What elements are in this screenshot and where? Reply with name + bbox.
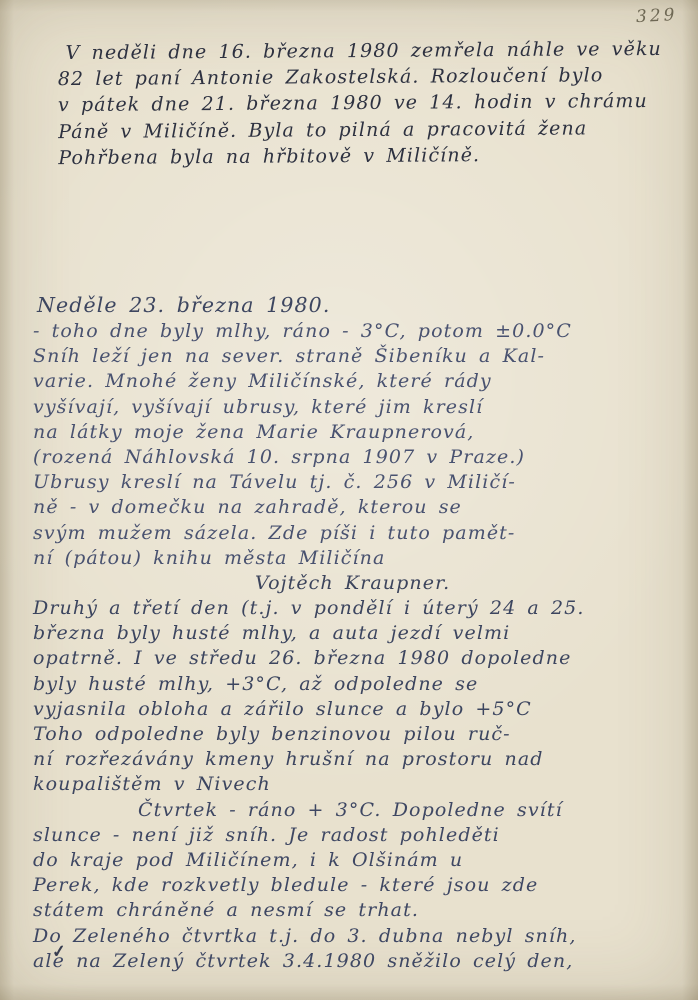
handwritten-line: vyjasnila obloha a zářilo slunce a bylo … xyxy=(33,697,584,722)
obituary-paragraph: V neděli dne 16. března 1980 zemřela náh… xyxy=(58,36,663,171)
handwritten-line: ní rozřezávány kmeny hrušní na prostoru … xyxy=(33,747,584,772)
page-number: 329 xyxy=(636,5,678,27)
diary-body: Neděle 23. března 1980. - toho dne byly … xyxy=(33,292,584,974)
handwritten-line: Do Zeleného čtvrtka t.j. do 3. dubna neb… xyxy=(33,924,584,949)
handwritten-line: (rozená Náhlovská 10. srpna 1907 v Praze… xyxy=(33,445,584,470)
handwritten-line: - toho dne byly mlhy, ráno - 3°C, potom … xyxy=(33,319,584,344)
handwritten-line: Toho odpoledne byly benzinovou pilou ruč… xyxy=(33,722,584,747)
handwritten-line: slunce - není již sníh. Je radost pohled… xyxy=(33,823,584,848)
handwritten-line: Páně v Miličíně. Byla to pilná a pracovi… xyxy=(58,114,662,144)
signature: Vojtěch Kraupner. xyxy=(33,571,584,596)
manuscript-page: 329 V neděli dne 16. března 1980 zemřela… xyxy=(0,0,698,1000)
handwritten-line: státem chráněné a nesmí se trhat. xyxy=(33,898,584,923)
weekday-paragraph: Druhý a třetí den (t.j. v pondělí i úter… xyxy=(33,596,584,798)
handwritten-line: koupalištěm v Nivech xyxy=(33,772,584,797)
date-heading: Neděle 23. března 1980. xyxy=(33,292,584,319)
handwritten-line: ní (pátou) knihu města Miličína xyxy=(33,546,584,571)
handwritten-line: ně - v domečku na zahradě, kterou se xyxy=(33,495,584,520)
handwritten-line: ale na Zelený čtvrtek 3.4.1980 sněžilo c… xyxy=(33,949,584,974)
handwritten-line: svým mužem sázela. Zde píši i tuto pamět… xyxy=(33,521,584,546)
handwritten-line: Druhý a třetí den (t.j. v pondělí i úter… xyxy=(33,596,584,621)
handwritten-line: v pátek dne 21. března 1980 ve 14. hodin… xyxy=(58,88,662,118)
handwritten-line: Sníh leží jen na sever. straně Šibeníku … xyxy=(33,344,584,369)
handwritten-line: Čtvrtek - ráno + 3°C. Dopoledne svítí xyxy=(33,798,584,823)
handwritten-line: Perek, kde rozkvetly bledule - které jso… xyxy=(33,873,584,898)
handwritten-line: na látky moje žena Marie Kraupnerová, xyxy=(33,420,584,445)
handwritten-line: března byly husté mlhy, a auta jezdí vel… xyxy=(33,621,584,646)
thursday-paragraph: Čtvrtek - ráno + 3°C. Dopoledne svítí sl… xyxy=(33,798,584,974)
handwritten-line: vyšívají, vyšívají ubrusy, které jim kre… xyxy=(33,395,584,420)
handwritten-line: byly husté mlhy, +3°C, až odpoledne se xyxy=(33,672,584,697)
handwritten-line: varie. Mnohé ženy Miličínské, které rády xyxy=(33,369,584,394)
handwritten-line: Ubrusy kreslí na Távelu tj. č. 256 v Mil… xyxy=(33,470,584,495)
handwritten-line: do kraje pod Miličínem, i k Olšinám u xyxy=(33,848,584,873)
handwritten-line: opatrně. I ve středu 26. března 1980 dop… xyxy=(33,646,584,671)
sunday-entry: Neděle 23. března 1980. - toho dne byly … xyxy=(33,292,584,596)
handwritten-line: Pohřbena byla na hřbitově v Miličíně. xyxy=(58,141,662,171)
check-mark-icon: ✓ xyxy=(51,941,67,962)
